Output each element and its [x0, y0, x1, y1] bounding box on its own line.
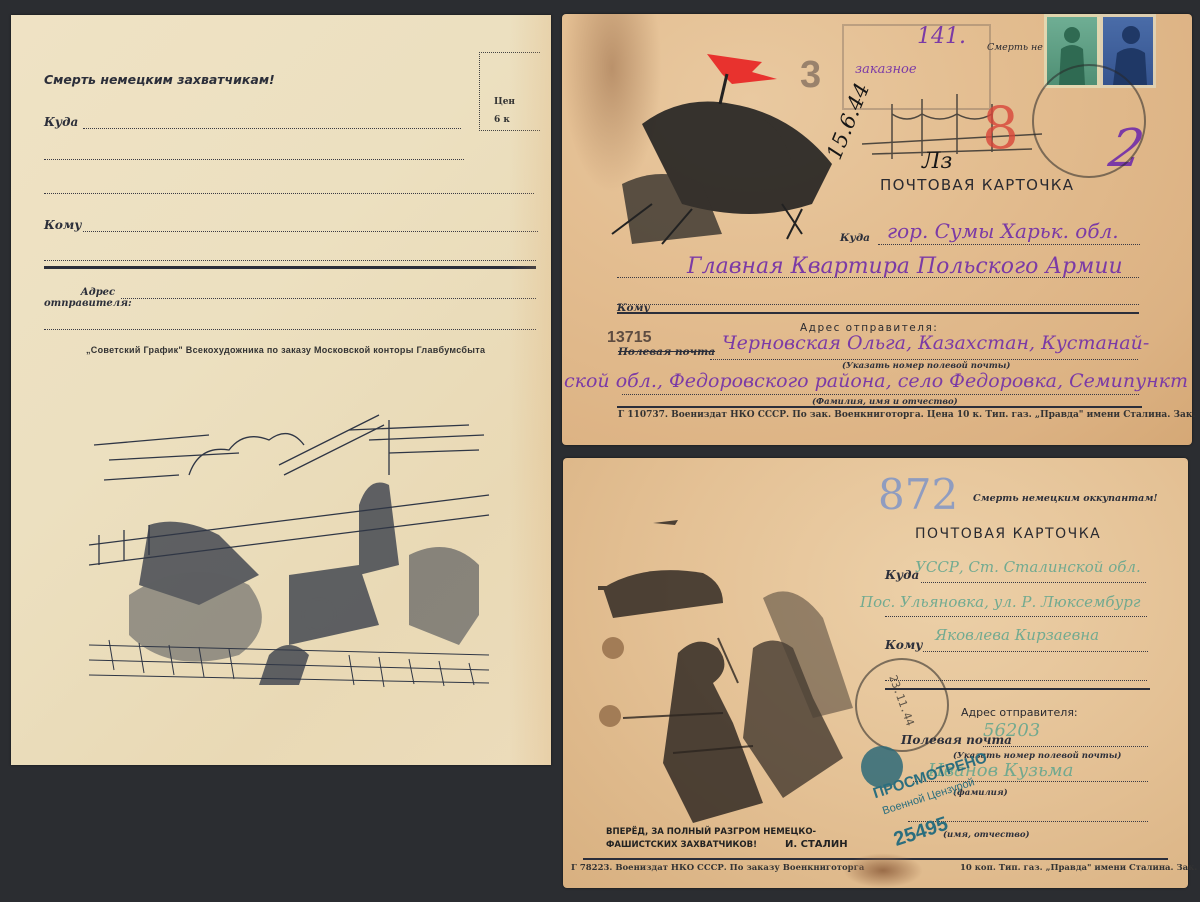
- address-line: [885, 616, 1147, 617]
- divider: [617, 312, 1139, 314]
- stamp-box: [479, 52, 540, 131]
- large-number-mark: 3: [800, 54, 821, 97]
- red-mark: 8: [982, 94, 1019, 162]
- printer-imprint-right: 10 коп. Тип. газ. „Правда" имени Сталина…: [960, 863, 1200, 873]
- tear-damage: [843, 853, 923, 888]
- slogan: Смерть не: [987, 42, 1043, 53]
- handwritten-initials: Лз: [922, 149, 952, 174]
- postcard-blank-harvest: Смерть немецким захватчикам! Куда Кому А…: [11, 15, 551, 765]
- address-line: [44, 193, 534, 194]
- to-where-label: Куда: [44, 115, 78, 129]
- address-line: [83, 128, 461, 129]
- address-line: [622, 394, 1139, 395]
- handwritten-sender-line1: Черновская Ольга, Казахстан, Кустанай-: [722, 332, 1149, 354]
- handwritten-field-post: 56203: [983, 720, 1040, 741]
- quote-line1: ВПЕРЁД, ЗА ПОЛНЫЙ РАЗГРОМ НЕМЕЦКО-: [606, 826, 816, 839]
- address-line: [44, 159, 464, 160]
- handwritten-city: гор. Сумы Харьк. обл.: [887, 219, 1119, 243]
- sender-heading: Адрес отправителя:: [961, 706, 1078, 719]
- address-line: [913, 781, 1148, 782]
- red-flag: [707, 54, 777, 84]
- printer-imprint: „Советский График" Всекохудожника по зак…: [86, 345, 485, 355]
- card-title: ПОЧТОВАЯ КАРТОЧКА: [880, 176, 1074, 194]
- card-title: ПОЧТОВАЯ КАРТОЧКА: [915, 526, 1101, 542]
- address-line: [923, 651, 1148, 652]
- address-line: [44, 329, 536, 330]
- infantry-attack-illustration: [583, 488, 863, 828]
- handwritten-number: 872: [878, 470, 958, 519]
- handwritten-number: 141.: [917, 24, 966, 49]
- handwritten-address-line2: Пос. Ульяновка, ул. Р. Люксембург: [860, 593, 1140, 611]
- censor-stamp-number: 25495: [891, 813, 951, 852]
- slogan: Смерть немецким захватчикам!: [44, 72, 275, 87]
- field-post-label: Полевая почта: [618, 346, 715, 358]
- handwritten-address-line1: УССР, Ст. Сталинской обл.: [915, 558, 1141, 576]
- address-line: [121, 298, 536, 299]
- address-line: [878, 244, 1140, 245]
- postmark-date: 23.11.44: [886, 673, 916, 727]
- sender-label-line1: Адрес: [44, 287, 132, 298]
- address-line: [921, 582, 1146, 583]
- postcard-soviet-1944-kharkov: 3 141. заказное 8 2 15.6.44 Лз Смерть не…: [562, 14, 1192, 445]
- sender-label: Адрес отправителя:: [44, 287, 132, 309]
- handwritten-sender-line2: ской обл., Федоровского района, село Фед…: [564, 370, 1188, 392]
- postmark: [1032, 64, 1146, 178]
- postcard-soviet-1944-field-post: 872 Смерть немецким оккупантам! ПОЧТОВАЯ…: [563, 458, 1188, 888]
- address-line: [44, 260, 536, 261]
- printer-imprint: Г 110737. Воениздат НКО СССР. По зак. Во…: [618, 410, 1200, 420]
- punch-hole: [599, 705, 621, 727]
- to-where-label: Куда: [840, 232, 870, 244]
- to-whom-label: Кому: [44, 218, 82, 232]
- punch-hole: [602, 637, 624, 659]
- to-whom-label: Кому: [617, 302, 650, 314]
- handwritten-recipient: Яковлева Кирзаевна: [935, 626, 1099, 644]
- name-hint: (имя, отчество): [943, 830, 1030, 840]
- quote-author: И. СТАЛИН: [785, 839, 848, 850]
- to-whom-label: Кому: [885, 638, 923, 652]
- address-line: [617, 304, 1139, 305]
- tank: [603, 570, 723, 618]
- price-label: Цен: [494, 97, 515, 107]
- divider: [617, 406, 1142, 408]
- address-line: [983, 746, 1148, 747]
- slogan: Смерть немецким оккупантам!: [973, 493, 1158, 504]
- battle-illustration: [602, 34, 862, 254]
- harvest-illustration: [89, 405, 491, 690]
- address-line: [710, 359, 1138, 360]
- handwritten-registered: заказное: [855, 62, 917, 77]
- handwritten-recipient: Главная Квартира Польского Армии: [687, 254, 1123, 279]
- address-line: [83, 231, 538, 232]
- price-value: 6 к: [494, 115, 510, 125]
- sender-label-line2: отправителя:: [44, 298, 132, 309]
- divider: [44, 266, 536, 269]
- printer-imprint-left: Г 78223. Воениздат НКО СССР. По заказу В…: [571, 863, 864, 873]
- field-post-number-stamp: 13715: [607, 329, 652, 347]
